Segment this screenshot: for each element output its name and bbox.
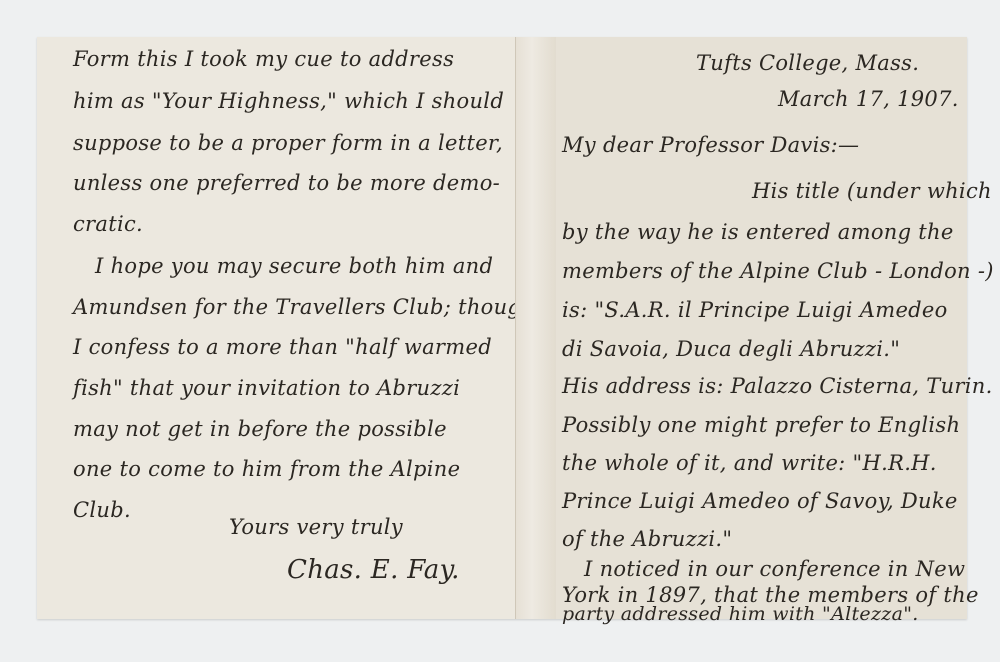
letter-line: di Savoia, Duca degli Abruzzi." xyxy=(562,337,900,361)
letter-line: of the Abruzzi." xyxy=(562,527,732,551)
letter-line: by the way he is entered among the xyxy=(562,220,954,244)
letter-line: him as "Your Highness," which I should xyxy=(73,89,504,113)
letter-salutation: My dear Professor Davis:— xyxy=(562,133,859,157)
letter-line: Form this I took my cue to address xyxy=(73,47,454,71)
letter-line: members of the Alpine Club - London -) xyxy=(562,259,994,283)
letter-line: cratic. xyxy=(73,212,143,236)
letter-line: fish" that your invitation to Abruzzi xyxy=(73,376,460,400)
letter-line: is: "S.A.R. il Principe Luigi Amedeo xyxy=(562,298,948,322)
letter-line: Possibly one might prefer to English xyxy=(562,413,960,437)
letter-line: His title (under which xyxy=(752,179,992,203)
letter-line: Amundsen for the Travellers Club; though xyxy=(73,295,535,319)
letter-line: I confess to a more than "half warmed xyxy=(73,335,492,359)
page-fold-gutter xyxy=(515,37,557,619)
letter-line: I noticed in our conference in New xyxy=(584,557,965,581)
letter-left-page: Form this I took my cue to address him a… xyxy=(37,37,515,619)
letter-line: suppose to be a proper form in a letter, xyxy=(73,131,503,155)
letter-line: I hope you may secure both him and xyxy=(95,254,493,278)
letter-line: one to come to him from the Alpine xyxy=(73,457,460,481)
letter-line: His address is: Palazzo Cisterna, Turin. xyxy=(562,374,993,398)
letter-line: party addressed him with "Altezza". xyxy=(562,603,919,625)
letter-line: unless one preferred to be more demo- xyxy=(73,171,500,195)
letter-line: Club. xyxy=(73,498,131,522)
letter-date: March 17, 1907. xyxy=(778,87,959,111)
letter-line: may not get in before the possible xyxy=(73,417,447,441)
letter-line: the whole of it, and write: "H.R.H. xyxy=(562,451,937,475)
letter-right-page: Tufts College, Mass. March 17, 1907. My … xyxy=(556,37,967,619)
letter-signature: Chas. E. Fay. xyxy=(287,555,460,585)
letter-closing: Yours very truly xyxy=(229,515,403,539)
letter-line: Prince Luigi Amedeo of Savoy, Duke xyxy=(562,489,958,513)
letter-place: Tufts College, Mass. xyxy=(696,51,919,75)
letter-sheet: Form this I took my cue to address him a… xyxy=(37,37,967,619)
